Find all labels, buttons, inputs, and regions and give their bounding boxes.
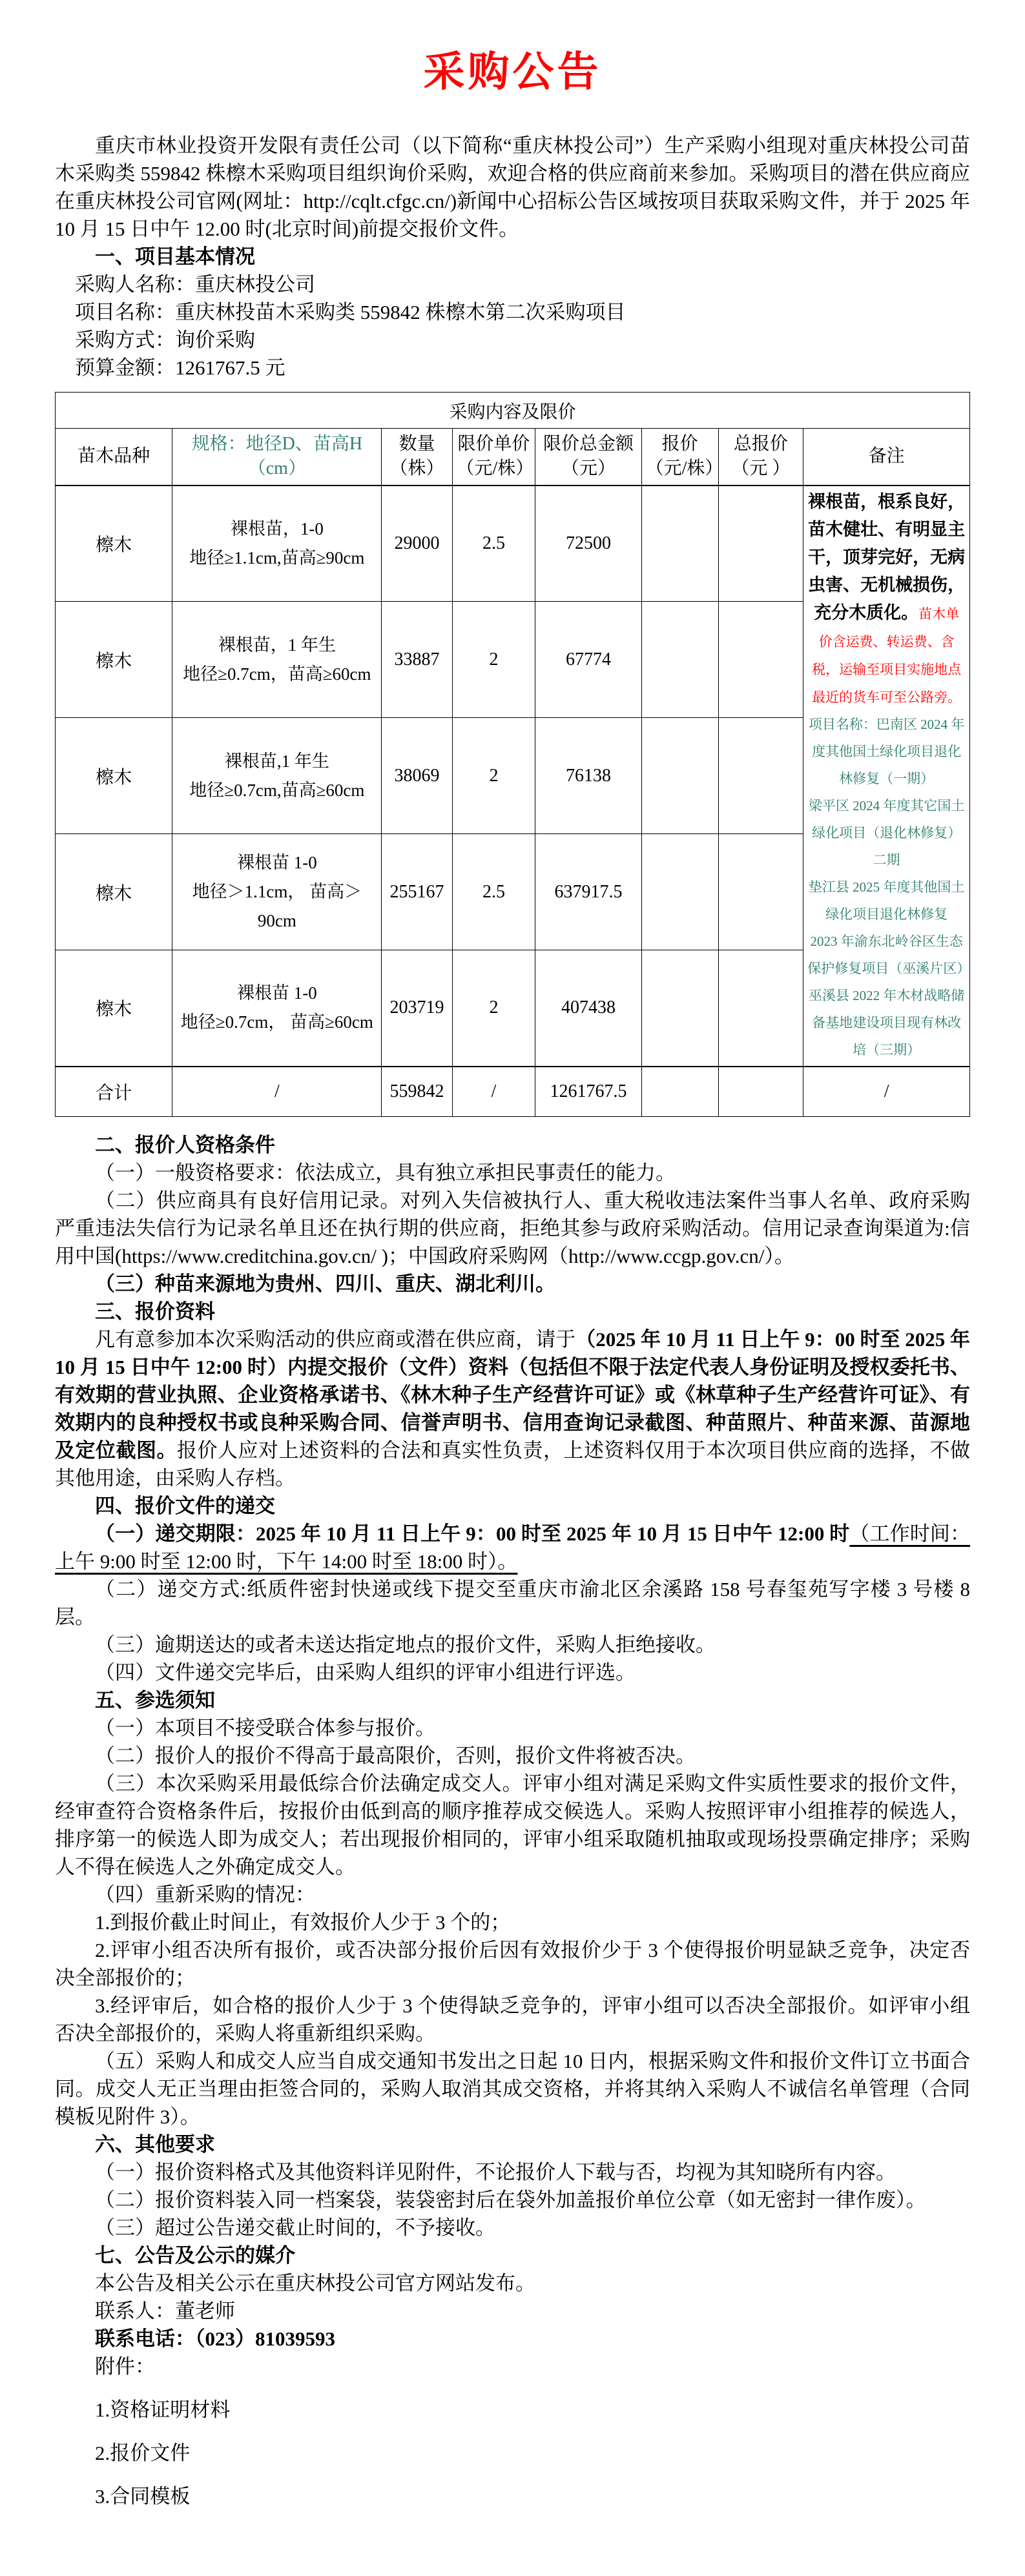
- section5-item: （五）采购人和成交人应当自成交通知书发出之日起 10 日内，根据采购文件和报价文…: [55, 2047, 970, 2131]
- section5-item: （二）报价人的报价不得高于最高限价，否则，报价文件将被否决。: [55, 1742, 970, 1770]
- section5-item: （一）本项目不接受联合体参与报价。: [55, 1714, 970, 1742]
- cell-quote-total-empty: [718, 718, 803, 834]
- section4-item1: （一）递交期限：2025 年 10 月 11 日上午 9：00 时至 2025 …: [55, 1520, 970, 1575]
- cell-qty: 33887: [382, 602, 452, 718]
- section5-item: 2.评审小组否决所有报价，或否决部分报价后因有效报价少于 3 个使得报价明显缺乏…: [55, 1936, 970, 1992]
- section5-heading: 五、参选须知: [55, 1686, 970, 1714]
- section2-item: （二）供应商具有良好信用记录。对列入失信被执行人、重大税收违法案件当事人名单、政…: [55, 1187, 970, 1270]
- section6-item: （一）报价资料格式及其他资料详见附件，不论报价人下载与否，均视为其知晓所有内容。: [55, 2158, 970, 2186]
- cell-quote-total-empty: [718, 486, 803, 602]
- cell-qty: 203719: [382, 950, 452, 1067]
- section5-item: （三）本次采购采用最低综合价法确定成交人。评审小组对满足采购文件实质性要求的报价…: [55, 1770, 970, 1881]
- cell-species: 檫木: [56, 950, 172, 1067]
- cell-unit-price: 2: [452, 950, 535, 1067]
- cell-spec: 裸根苗 1-0 地径＞1.1cm， 苗高＞90cm: [172, 834, 382, 950]
- table-merged-header-row: 采购内容及限价: [56, 393, 970, 429]
- total-qty: 559842: [382, 1067, 452, 1117]
- cell-species: 檫木: [56, 602, 172, 718]
- cell-species: 檫木: [56, 486, 172, 602]
- total-quote: [641, 1067, 718, 1117]
- attachments-label: 附件：: [55, 2353, 970, 2380]
- cell-spec: 裸根苗，1 年生 地径≥0.7cm，苗高≥60cm: [172, 602, 382, 718]
- cell-unit-price: 2: [452, 602, 535, 718]
- section4-item2: （二）递交方式:纸质件密封快递或线下提交至重庆市渝北区余溪路 158 号春玺苑写…: [55, 1575, 970, 1631]
- total-quote-total: [718, 1067, 803, 1117]
- cell-quote-empty: [641, 950, 718, 1067]
- cell-total: 637917.5: [535, 834, 641, 950]
- cell-unit-price: 2.5: [452, 486, 535, 602]
- section2-item: （一）一般资格要求：依法成立，具有独立承担民事责任的能力。: [55, 1159, 970, 1187]
- section5-item: 1.到报价截止时间止，有效报价人少于 3 个的；: [55, 1908, 970, 1936]
- remark-cell: 裸根苗，根系良好，苗木健壮、有明显主干，顶芽完好，无病虫害、无机械损伤，充分木质…: [803, 486, 970, 1067]
- section6-item: （二）报价资料装入同一档案袋，装袋密封后在袋外加盖报价单位公章（如无密封一律作废…: [55, 2186, 970, 2214]
- attachment-item: 2.报价文件: [55, 2439, 970, 2467]
- col-qty: 数量（株）: [382, 429, 452, 486]
- col-quote-total: 总报价（元 ）: [718, 429, 803, 486]
- section5-item: （四）重新采购的情况：: [55, 1881, 970, 1908]
- cell-total: 407438: [535, 950, 641, 1067]
- budget-line: 预算金额：1261767.5 元: [55, 354, 970, 382]
- section5-item: 3.经评审后，如合格的报价人少于 3 个使得缺乏竞争的，评审小组可以否决全部报价…: [55, 1992, 970, 2047]
- attachment-item: 1.资格证明材料: [55, 2396, 970, 2424]
- section6-item: （三）超过公告递交截止时间的，不予接收。: [55, 2214, 970, 2242]
- cell-quote-empty: [641, 834, 718, 950]
- col-limit-total: 限价总金额（元）: [535, 429, 641, 486]
- cell-quote-empty: [641, 486, 718, 602]
- section2-heading: 二、报价人资格条件: [55, 1131, 970, 1159]
- remark-project-line: 巫溪县 2022 年木材战略储备基地建设项目现有林改培（三期）: [807, 982, 966, 1063]
- contact-phone-line: 联系电话：（023）81039593: [55, 2325, 970, 2353]
- cell-qty: 29000: [382, 486, 452, 602]
- col-quote: 报价（元/株）: [641, 429, 718, 486]
- total-remark: /: [803, 1067, 970, 1117]
- remark-project-line: 梁平区 2024 年度其它国土绿化项目（退化林修复）二期: [807, 792, 966, 874]
- total-amount: 1261767.5: [535, 1067, 641, 1117]
- project-name-line: 项目名称：重庆林投苗木采购类 559842 株檫木第二次采购项目: [55, 298, 970, 326]
- procurement-method-line: 采购方式：询价采购: [55, 326, 970, 354]
- section4-heading: 四、报价文件的递交: [55, 1492, 970, 1520]
- cell-quote-total-empty: [718, 602, 803, 718]
- remark-project-line: 项目名称：巴南区 2024 年度其他国土绿化项目退化林修复（一期）: [807, 711, 966, 792]
- attachment-item: 3.合同模板: [55, 2482, 970, 2510]
- col-limit-unit-price: 限价单价（元/株）: [452, 429, 535, 486]
- contact-name-line: 联系人：董老师: [55, 2297, 970, 2325]
- page-title: 采购公告: [55, 39, 970, 98]
- cell-quote-total-empty: [718, 834, 803, 950]
- cell-qty: 38069: [382, 718, 452, 834]
- cell-qty: 255167: [382, 834, 452, 950]
- total-spec: /: [172, 1067, 382, 1117]
- section3-heading: 三、报价资料: [55, 1298, 970, 1325]
- cell-unit-price: 2: [452, 718, 535, 834]
- section3-paragraph: 凡有意参加本次采购活动的供应商或潜在供应商，请于（2025 年 10 月 11 …: [55, 1325, 970, 1492]
- cell-quote-empty: [641, 602, 718, 718]
- section4-item4: （四）文件递交完毕后，由采购人组织的评审小组进行评选。: [55, 1659, 970, 1686]
- section4-item3: （三）逾期送达的或者未送达指定地点的报价文件，采购人拒绝接收。: [55, 1631, 970, 1659]
- col-spec: 规格：地径D、苗高H（cm）: [172, 429, 382, 486]
- remark-bold-text: 裸根苗，根系良好，苗木健壮、有明显主干，顶芽完好，无病虫害、无机械损伤，充分木质…: [808, 492, 965, 622]
- cell-spec: 裸根苗,1 年生 地径≥0.7cm,苗高≥60cm: [172, 718, 382, 834]
- table-total-row: 合计 / 559842 / 1261767.5 /: [56, 1067, 970, 1117]
- announcement-page: 采购公告 重庆市林业投资开发限有责任公司（以下简称“重庆林投公司”）生产采购小组…: [0, 0, 1025, 2576]
- buyer-name-line: 采购人名称：重庆林投公司: [55, 271, 970, 298]
- cell-spec: 裸根苗，1-0 地径≥1.1cm,苗高≥90cm: [172, 486, 382, 602]
- remark-project-line: 2023 年渝东北岭谷区生态保护修复项目（巫溪片区）: [807, 928, 966, 982]
- remark-project-line: 垫江县 2025 年度其他国土绿化项目退化林修复: [807, 874, 966, 928]
- table-column-header-row: 苗木品种 规格：地径D、苗高H（cm） 数量（株） 限价单价（元/株） 限价总金…: [56, 429, 970, 486]
- section2-item: （三）种苗来源地为贵州、四川、重庆、湖北利川。: [55, 1270, 970, 1298]
- cell-quote-total-empty: [718, 950, 803, 1067]
- cell-total: 72500: [535, 486, 641, 602]
- intro-paragraph: 重庆市林业投资开发限有责任公司（以下简称“重庆林投公司”）生产采购小组现对重庆林…: [55, 132, 970, 243]
- section7-heading: 七、公告及公示的媒介: [55, 2242, 970, 2269]
- cell-total: 67774: [535, 602, 641, 718]
- total-label: 合计: [56, 1067, 172, 1117]
- cell-spec: 裸根苗 1-0 地径≥0.7cm， 苗高≥60cm: [172, 950, 382, 1067]
- section6-heading: 六、其他要求: [55, 2131, 970, 2158]
- cell-unit-price: 2.5: [452, 834, 535, 950]
- table-merged-header: 采购内容及限价: [56, 393, 970, 429]
- cell-species: 檫木: [56, 718, 172, 834]
- col-remark: 备注: [803, 429, 970, 486]
- procurement-table: 采购内容及限价 苗木品种 规格：地径D、苗高H（cm） 数量（株） 限价单价（元…: [55, 392, 970, 1117]
- cell-total: 76138: [535, 718, 641, 834]
- col-species: 苗木品种: [56, 429, 172, 486]
- section1-heading: 一、项目基本情况: [55, 243, 970, 271]
- publish-media-line: 本公告及相关公示在重庆林投公司官方网站发布。: [55, 2269, 970, 2297]
- total-unit: /: [452, 1067, 535, 1117]
- cell-quote-empty: [641, 718, 718, 834]
- table-row: 檫木 裸根苗，1-0 地径≥1.1cm,苗高≥90cm 29000 2.5 72…: [56, 486, 970, 602]
- cell-species: 檫木: [56, 834, 172, 950]
